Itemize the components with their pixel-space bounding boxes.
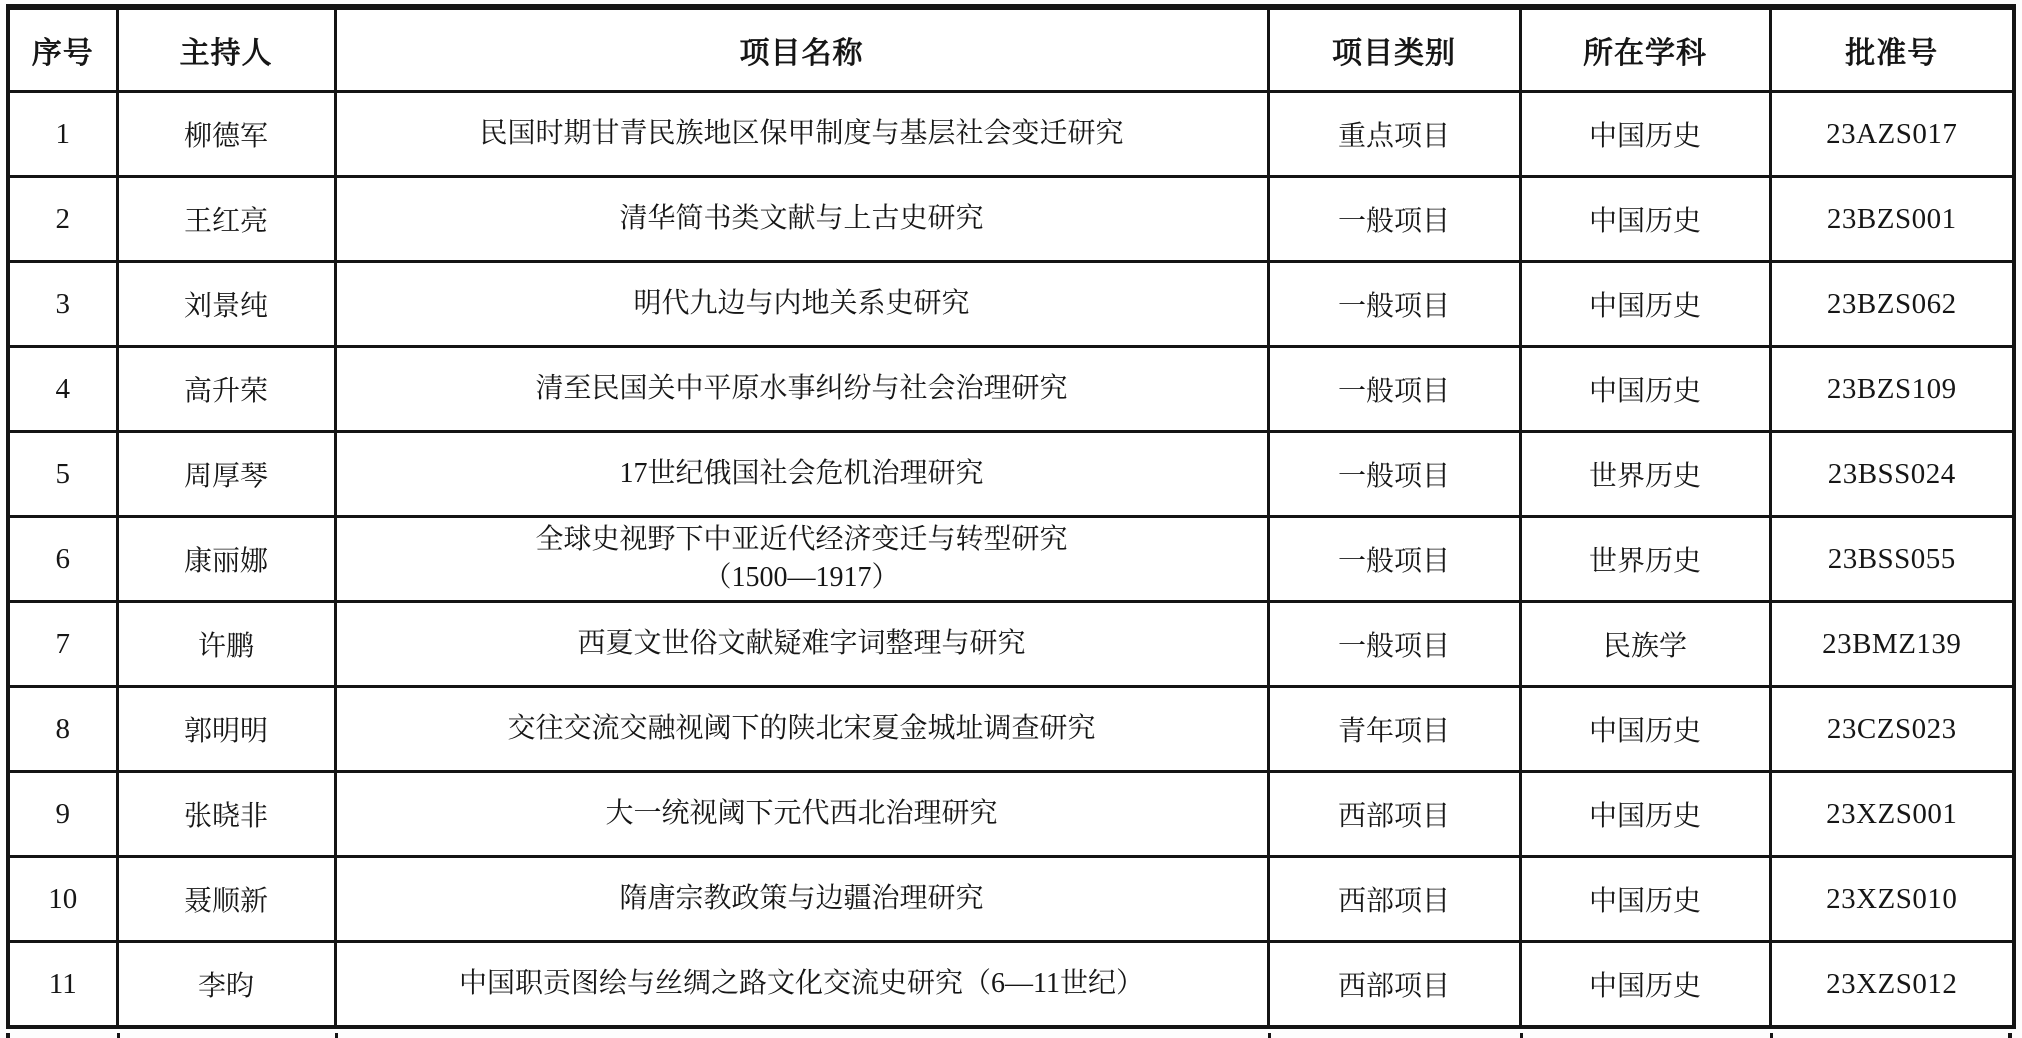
table-row: 7 许鹏 西夏文世俗文献疑难字词整理与研究 一般项目 民族学 23BMZ139 [8, 602, 2014, 687]
cell-discipline: 中国历史 [1520, 772, 1770, 857]
table-header: 序号 主持人 项目名称 项目类别 所在学科 批准号 [8, 7, 2014, 92]
table-row: 10 聂顺新 隋唐宗教政策与边疆治理研究 西部项目 中国历史 23XZS010 [8, 857, 2014, 942]
col-header-grant-no: 批准号 [1770, 7, 2014, 92]
cell-host: 周厚琴 [117, 432, 335, 517]
cell-discipline: 中国历史 [1520, 942, 1770, 1028]
cell-seq: 8 [8, 687, 117, 772]
cutoff-border-stub [335, 1033, 338, 1038]
col-header-host: 主持人 [117, 7, 335, 92]
cell-discipline: 中国历史 [1520, 347, 1770, 432]
cell-host: 郭明明 [117, 687, 335, 772]
cell-title: 清华简书类文献与上古史研究 [335, 177, 1268, 262]
cell-seq: 9 [8, 772, 117, 857]
cell-discipline: 世界历史 [1520, 432, 1770, 517]
cell-grant-no: 23BZS062 [1770, 262, 2014, 347]
table-row: 5 周厚琴 17世纪俄国社会危机治理研究 一般项目 世界历史 23BSS024 [8, 432, 2014, 517]
cutoff-border-stub [117, 1033, 120, 1038]
cell-seq: 3 [8, 262, 117, 347]
cell-host: 李昀 [117, 942, 335, 1028]
cell-grant-no: 23BZS001 [1770, 177, 2014, 262]
cell-seq: 5 [8, 432, 117, 517]
table-row: 9 张晓非 大一统视阈下元代西北治理研究 西部项目 中国历史 23XZS001 [8, 772, 2014, 857]
cell-seq: 1 [8, 92, 117, 177]
grants-table: 序号 主持人 项目名称 项目类别 所在学科 批准号 1 柳德军 民国时期甘青民族… [6, 4, 2016, 1029]
document-page: 序号 主持人 项目名称 项目类别 所在学科 批准号 1 柳德军 民国时期甘青民族… [0, 0, 2022, 1038]
cell-title: 全球史视野下中亚近代经济变迁与转型研究 （1500—1917） [335, 517, 1268, 602]
table-row: 6 康丽娜 全球史视野下中亚近代经济变迁与转型研究 （1500—1917） 一般… [8, 517, 2014, 602]
cell-host: 高升荣 [117, 347, 335, 432]
cell-seq: 4 [8, 347, 117, 432]
cell-category: 一般项目 [1268, 347, 1520, 432]
table-row: 11 李昀 中国职贡图绘与丝绸之路文化交流史研究（6—11世纪） 西部项目 中国… [8, 942, 2014, 1028]
cell-title: 交往交流交融视阈下的陕北宋夏金城址调查研究 [335, 687, 1268, 772]
cell-host: 柳德军 [117, 92, 335, 177]
cell-grant-no: 23BSS024 [1770, 432, 2014, 517]
cell-category: 西部项目 [1268, 772, 1520, 857]
table-row: 1 柳德军 民国时期甘青民族地区保甲制度与基层社会变迁研究 重点项目 中国历史 … [8, 92, 2014, 177]
cell-category: 一般项目 [1268, 602, 1520, 687]
cell-discipline: 世界历史 [1520, 517, 1770, 602]
cell-grant-no: 23XZS012 [1770, 942, 2014, 1028]
cell-title: 民国时期甘青民族地区保甲制度与基层社会变迁研究 [335, 92, 1268, 177]
table-row: 8 郭明明 交往交流交融视阈下的陕北宋夏金城址调查研究 青年项目 中国历史 23… [8, 687, 2014, 772]
cell-category: 西部项目 [1268, 857, 1520, 942]
cell-seq: 7 [8, 602, 117, 687]
cell-host: 王红亮 [117, 177, 335, 262]
table-body: 1 柳德军 民国时期甘青民族地区保甲制度与基层社会变迁研究 重点项目 中国历史 … [8, 92, 2014, 1028]
cell-title: 大一统视阈下元代西北治理研究 [335, 772, 1268, 857]
cell-grant-no: 23BZS109 [1770, 347, 2014, 432]
table-row: 4 高升荣 清至民国关中平原水事纠纷与社会治理研究 一般项目 中国历史 23BZ… [8, 347, 2014, 432]
cell-host: 张晓非 [117, 772, 335, 857]
cell-discipline: 中国历史 [1520, 687, 1770, 772]
cell-category: 西部项目 [1268, 942, 1520, 1028]
cell-title: 中国职贡图绘与丝绸之路文化交流史研究（6—11世纪） [335, 942, 1268, 1028]
cell-title: 明代九边与内地关系史研究 [335, 262, 1268, 347]
cell-grant-no: 23XZS001 [1770, 772, 2014, 857]
cell-grant-no: 23CZS023 [1770, 687, 2014, 772]
cell-grant-no: 23BSS055 [1770, 517, 2014, 602]
cell-category: 一般项目 [1268, 432, 1520, 517]
cutoff-border-stub [2008, 1033, 2012, 1038]
cell-category: 青年项目 [1268, 687, 1520, 772]
cell-discipline: 中国历史 [1520, 92, 1770, 177]
cutoff-border-stub [1520, 1033, 1523, 1038]
col-header-seq: 序号 [8, 7, 117, 92]
cell-category: 一般项目 [1268, 262, 1520, 347]
cell-grant-no: 23BMZ139 [1770, 602, 2014, 687]
cell-host: 许鹏 [117, 602, 335, 687]
cell-category: 重点项目 [1268, 92, 1520, 177]
cell-seq: 6 [8, 517, 117, 602]
cell-discipline: 中国历史 [1520, 857, 1770, 942]
cell-category: 一般项目 [1268, 517, 1520, 602]
col-header-title: 项目名称 [335, 7, 1268, 92]
cutoff-border-stub [6, 1033, 10, 1038]
cutoff-border-stub [1770, 1033, 1773, 1038]
cell-category: 一般项目 [1268, 177, 1520, 262]
header-row: 序号 主持人 项目名称 项目类别 所在学科 批准号 [8, 7, 2014, 92]
cell-grant-no: 23AZS017 [1770, 92, 2014, 177]
cell-seq: 11 [8, 942, 117, 1028]
cell-grant-no: 23XZS010 [1770, 857, 2014, 942]
cell-title: 隋唐宗教政策与边疆治理研究 [335, 857, 1268, 942]
cell-discipline: 民族学 [1520, 602, 1770, 687]
cell-seq: 2 [8, 177, 117, 262]
cutoff-border-stub [1268, 1033, 1271, 1038]
col-header-discipline: 所在学科 [1520, 7, 1770, 92]
cell-seq: 10 [8, 857, 117, 942]
cell-title: 清至民国关中平原水事纠纷与社会治理研究 [335, 347, 1268, 432]
cell-discipline: 中国历史 [1520, 262, 1770, 347]
cell-host: 康丽娜 [117, 517, 335, 602]
cell-discipline: 中国历史 [1520, 177, 1770, 262]
col-header-category: 项目类别 [1268, 7, 1520, 92]
table-row: 2 王红亮 清华简书类文献与上古史研究 一般项目 中国历史 23BZS001 [8, 177, 2014, 262]
table-row: 3 刘景纯 明代九边与内地关系史研究 一般项目 中国历史 23BZS062 [8, 262, 2014, 347]
cell-title: 17世纪俄国社会危机治理研究 [335, 432, 1268, 517]
cell-host: 刘景纯 [117, 262, 335, 347]
cell-title: 西夏文世俗文献疑难字词整理与研究 [335, 602, 1268, 687]
cell-host: 聂顺新 [117, 857, 335, 942]
